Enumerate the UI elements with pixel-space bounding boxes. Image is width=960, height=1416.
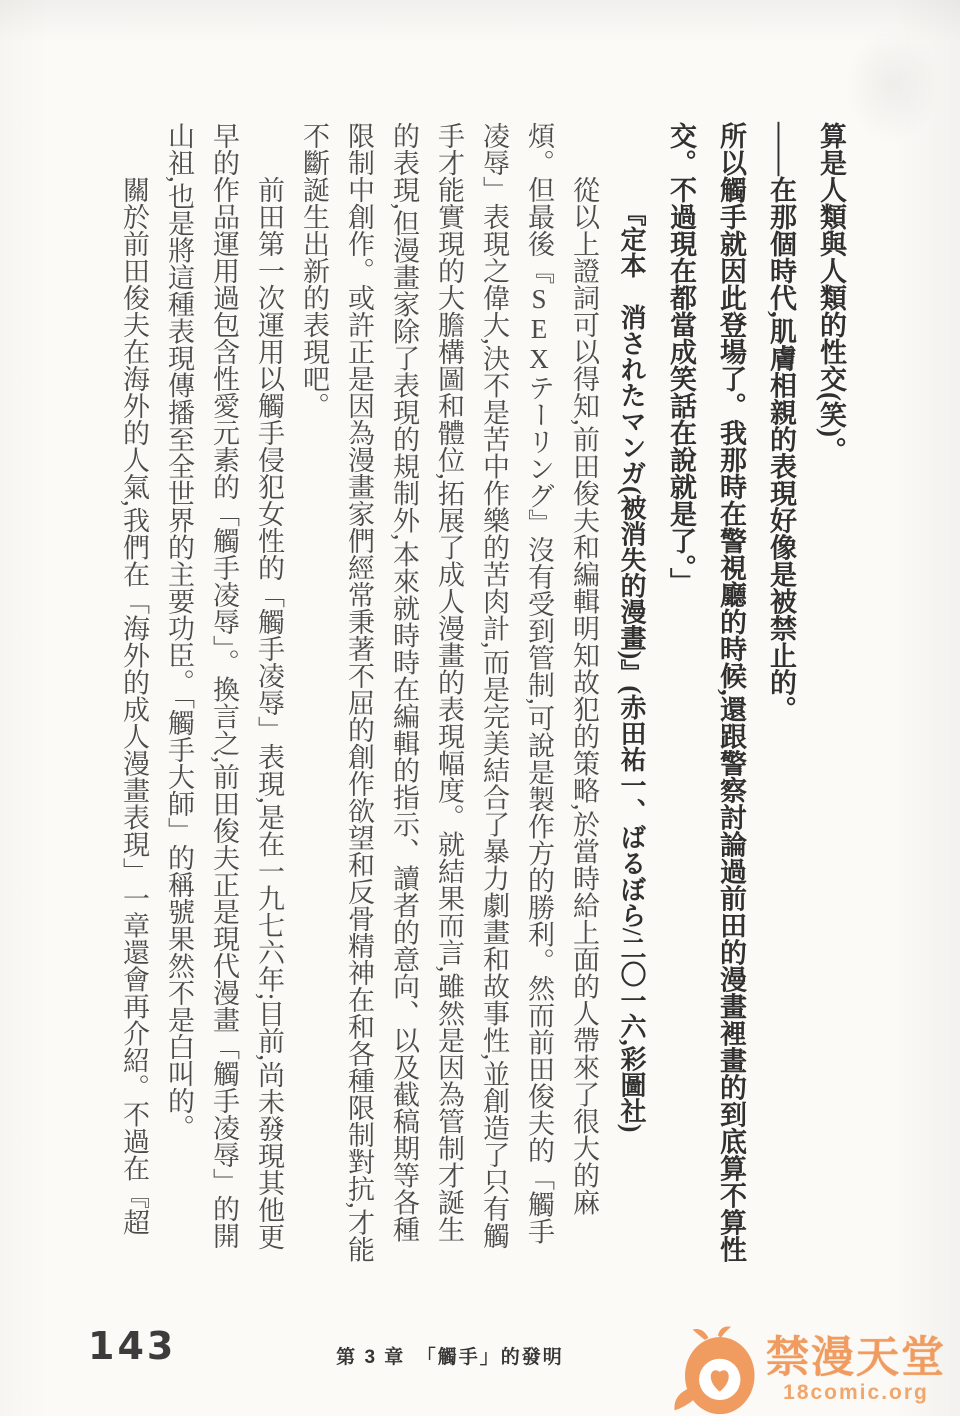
watermark-site-name: 禁漫天堂 [766, 1335, 946, 1382]
interview-quote-block: 算是人類與人類的性交(笑)。 ——在那個時代,肌膚相親的表現好像是被禁止的。 所… [606, 122, 856, 1264]
quote-line: 所以觸手就因此登場了。我那時在警視廳的時候,還跟警察討論過前田的漫畫裡畫的到底算… [656, 122, 756, 1264]
quote-line: ——在那個時代,肌膚相親的表現好像是被禁止的。 [756, 122, 806, 1264]
page-text-block: 算是人類與人類的性交(笑)。 ——在那個時代,肌膚相親的表現好像是被禁止的。 所… [111, 122, 856, 1264]
body-paragraph: 關於前田俊夫在海外的人氣,我們在「海外的成人漫畫表現」一章還會再介紹。不過在『超 [111, 122, 156, 1264]
quote-citation: 『定本 消されたマンガ(被消失的漫畫)』(赤田祐一、ばるぼら/二〇一六,彩圖社) [606, 122, 656, 1264]
watermark-text: 禁漫天堂 18comic.org [766, 1335, 946, 1404]
site-watermark: 禁漫天堂 18comic.org [669, 1324, 946, 1416]
watermark-site-url: 18comic.org [783, 1381, 929, 1405]
mascot-bird-icon [669, 1324, 763, 1416]
body-paragraph: 前田第一次運用以觸手侵犯女性的「觸手凌辱」表現,是在一九七六年;目前,尚未發現其… [156, 122, 291, 1264]
book-page: 算是人類與人類的性交(笑)。 ——在那個時代,肌膚相親的表現好像是被禁止的。 所… [0, 0, 960, 1416]
quote-line: 算是人類與人類的性交(笑)。 [806, 122, 856, 1264]
body-paragraph: 從以上證詞可以得知,前田俊夫和編輯明知故犯的策略,於當時給上面的人帶來了很大的麻… [291, 122, 606, 1264]
